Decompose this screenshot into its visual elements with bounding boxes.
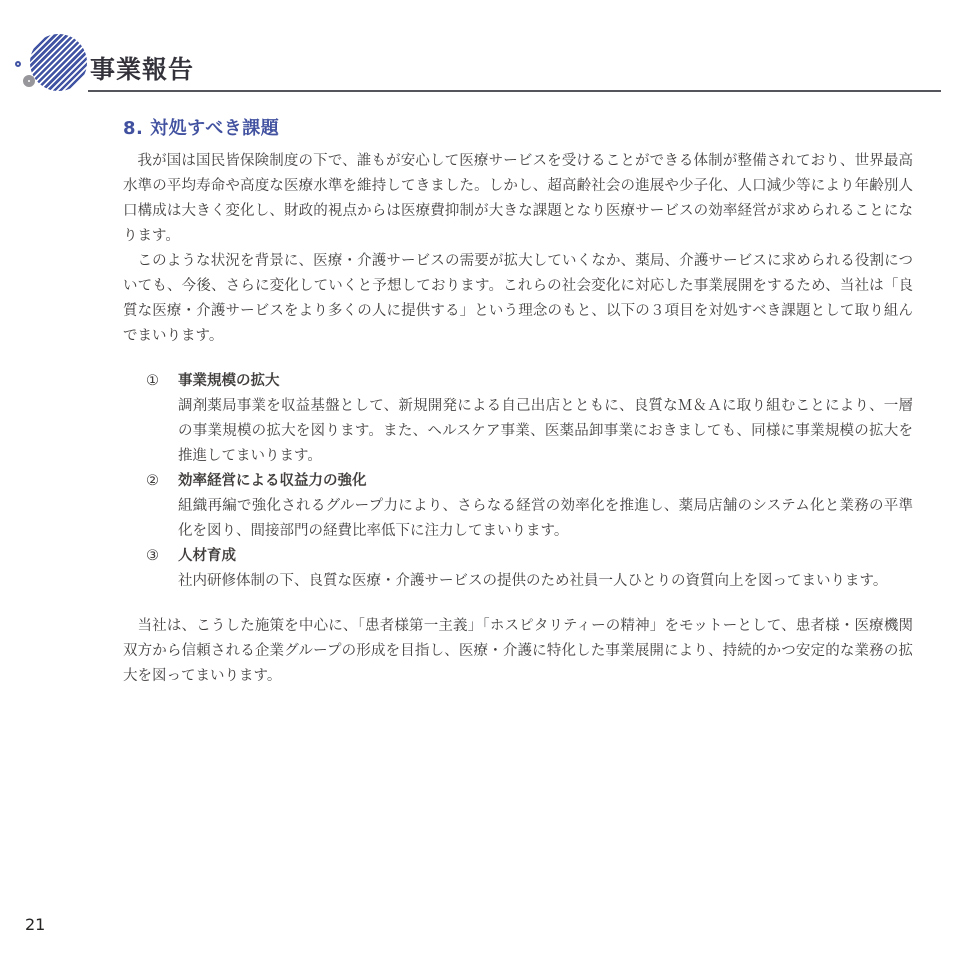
report-page: 事業報告 8. 対処すべき課題 我が国は国民皆保険制度の下で、誰もが安心して医療… <box>0 0 960 960</box>
item-body: 組織再編で強化されるグループ力により、さらなる経営の効率化を推進し、薬局店舗のシ… <box>178 494 913 544</box>
list-item: ① 事業規模の拡大 調剤薬局事業を収益基盤として、新規開発による自己出店とともに… <box>123 369 913 469</box>
item-title: 効率経営による収益力の強化 <box>178 469 913 494</box>
section-content: 8. 対処すべき課題 我が国は国民皆保険制度の下で、誰もが安心して医療サービスを… <box>123 114 913 689</box>
title-divider <box>88 90 941 92</box>
paragraph-background: このような状況を背景に、医療・介護サービスの需要が拡大していくなか、薬局、介護サ… <box>123 249 913 349</box>
item-number: ① <box>146 369 159 394</box>
item-title: 人材育成 <box>178 544 913 569</box>
item-number: ③ <box>146 544 159 569</box>
section-heading: 8. 対処すべき課題 <box>123 114 913 140</box>
list-item: ③ 人材育成 社内研修体制の下、良質な医療・介護サービスの提供のため社員一人ひと… <box>123 544 913 594</box>
striped-circle-icon <box>30 34 87 91</box>
item-body: 社内研修体制の下、良質な医療・介護サービスの提供のため社員一人ひとりの資質向上を… <box>178 569 913 594</box>
gray-ring-icon <box>23 75 35 87</box>
paragraph-intro: 我が国は国民皆保険制度の下で、誰もが安心して医療サービスを受けることができる体制… <box>123 149 913 249</box>
issue-list: ① 事業規模の拡大 調剤薬局事業を収益基盤として、新規開発による自己出店とともに… <box>123 369 913 594</box>
list-item: ② 効率経営による収益力の強化 組織再編で強化されるグループ力により、さらなる経… <box>123 469 913 544</box>
item-title: 事業規模の拡大 <box>178 369 913 394</box>
page-number: 21 <box>25 915 45 934</box>
small-ring-icon <box>15 61 21 67</box>
item-number: ② <box>146 469 159 494</box>
page-title: 事業報告 <box>90 55 194 85</box>
paragraph-closing: 当社は、こうした施策を中心に、「患者様第一主義」「ホスピタリティーの精神」をモッ… <box>123 614 913 689</box>
item-body: 調剤薬局事業を収益基盤として、新規開発による自己出店とともに、良質なＭ＆Ａに取り… <box>178 394 913 469</box>
